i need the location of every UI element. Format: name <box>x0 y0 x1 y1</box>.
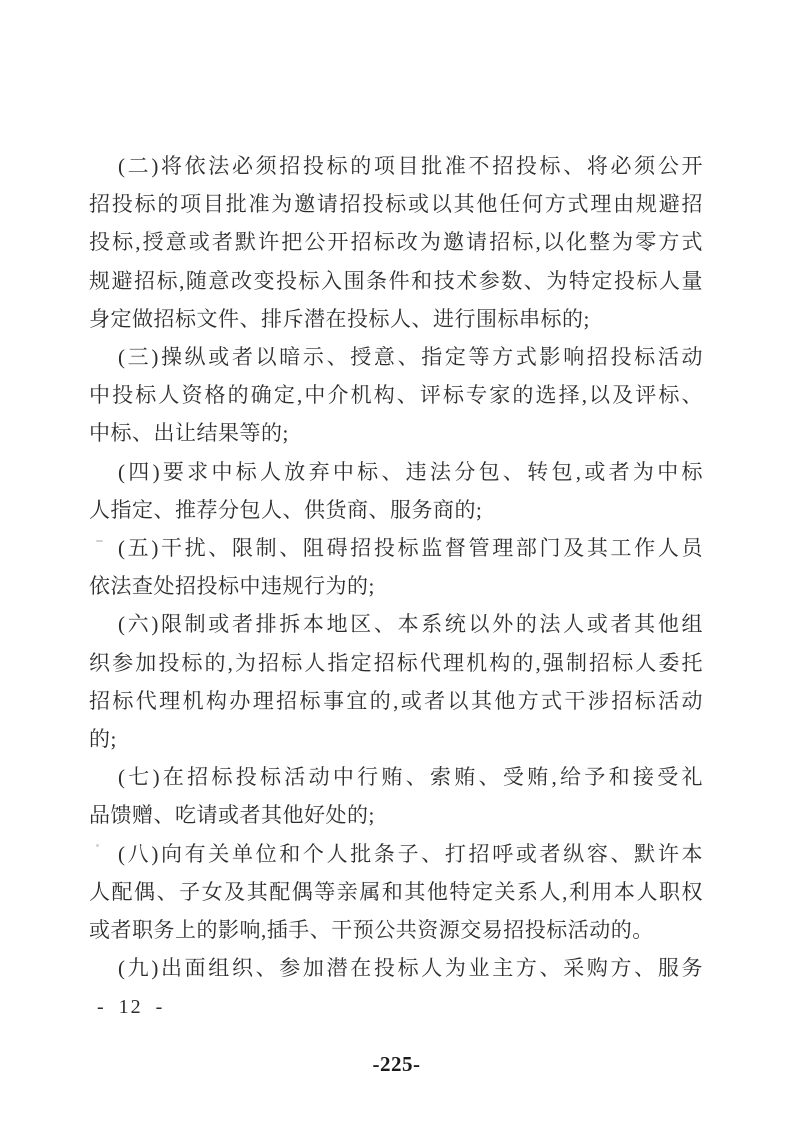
text-line: 中标、出让结果等的; <box>89 414 703 452</box>
text-line: 织参加投标的,为招标人指定招标代理机构的,强制招标人委托 <box>89 644 703 682</box>
page-number-left: - 12 - <box>97 996 164 1019</box>
text-line: (五)干扰、限制、阻碍招投标监督管理部门及其工作人员 <box>89 529 703 567</box>
text-line: 中投标人资格的确定,中介机构、评标专家的选择,以及评标、 <box>89 376 703 414</box>
text-line: 招投标的项目批准为邀请招投标或以其他任何方式理由规避招 <box>89 185 703 223</box>
text-line: 依法查处招投标中违规行为的; <box>89 567 703 605</box>
text-line: (六)限制或者排拆本地区、本系统以外的法人或者其他组 <box>89 605 703 643</box>
text-line: 身定做招标文件、排斥潜在投标人、进行围标串标的; <box>89 300 703 338</box>
text-line: 品馈赠、吃请或者其他好处的; <box>89 796 703 834</box>
scan-artifact <box>148 230 151 233</box>
text-line: (九)出面组织、参加潜在投标人为业主方、采购方、服务 <box>89 949 703 987</box>
text-line: 人指定、推荐分包人、供货商、服务商的; <box>89 491 703 529</box>
page-number-center: -225- <box>0 1052 793 1077</box>
scan-artifact <box>96 540 103 542</box>
body-text: (二)将依法必须招投标的项目批准不招投标、将必须公开招投标的项目批准为邀请招投标… <box>89 147 703 987</box>
text-line: 招标代理机构办理招标事宜的,或者以其他方式干涉招标活动 <box>89 682 703 720</box>
text-line: (三)操纵或者以暗示、授意、指定等方式影响招投标活动 <box>89 338 703 376</box>
text-line: (四)要求中标人放弃中标、违法分包、转包,或者为中标 <box>89 453 703 491</box>
text-line: (二)将依法必须招投标的项目批准不招投标、将必须公开 <box>89 147 703 185</box>
text-line: 或者职务上的影响,插手、干预公共资源交易招投标活动的。 <box>89 911 703 949</box>
text-line: 的; <box>89 720 703 758</box>
text-line: 规避招标,随意改变投标入围条件和技术参数、为特定投标人量 <box>89 262 703 300</box>
document-page: (二)将依法必须招投标的项目批准不招投标、将必须公开招投标的项目批准为邀请招投标… <box>0 0 793 1122</box>
text-line: 人配偶、子女及其配偶等亲属和其他特定关系人,利用本人职权 <box>89 873 703 911</box>
scan-artifact <box>96 844 99 847</box>
text-line: (七)在招标投标活动中行贿、索贿、受贿,给予和接受礼 <box>89 758 703 796</box>
text-line: 投标,授意或者默许把公开招标改为邀请招标,以化整为零方式 <box>89 223 703 261</box>
text-line: (八)向有关单位和个人批条子、打招呼或者纵容、默许本 <box>89 835 703 873</box>
